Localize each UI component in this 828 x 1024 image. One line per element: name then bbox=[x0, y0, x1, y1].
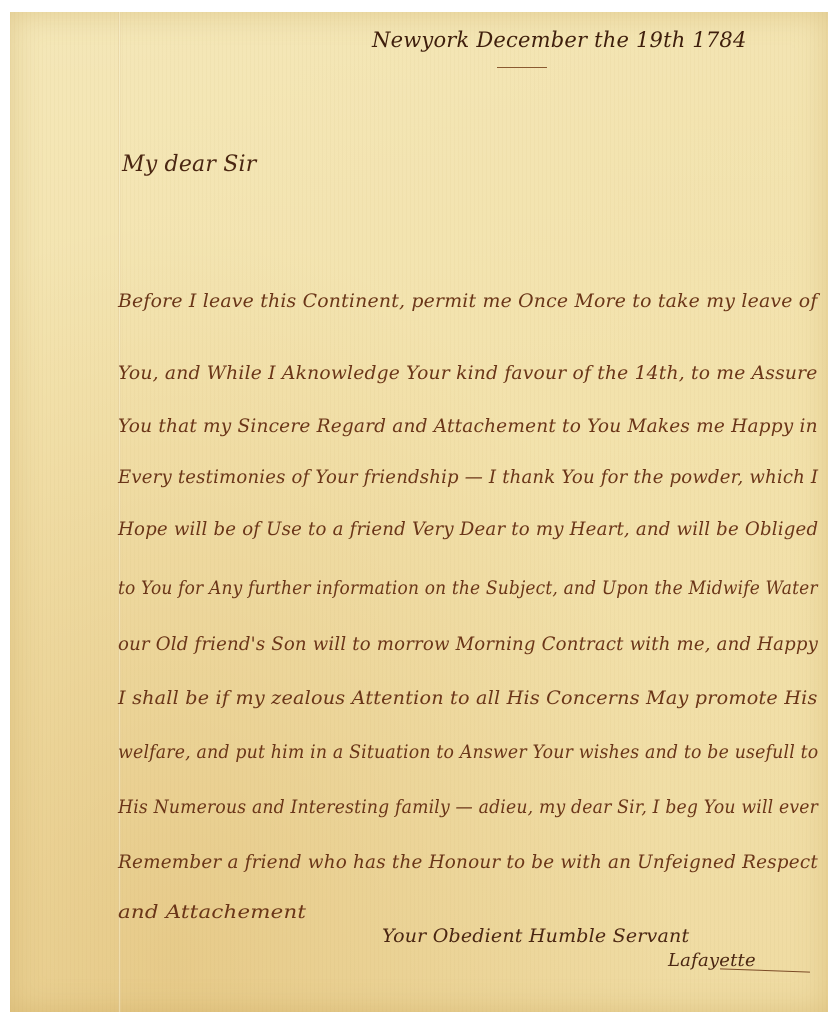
letter-body-line: Remember a friend who has the Honour to … bbox=[118, 852, 818, 873]
letter-body-line: You, and While I Aknowledge Your kind fa… bbox=[118, 363, 818, 384]
letter-body-line: You that my Sincere Regard and Attacheme… bbox=[118, 416, 818, 437]
letter-salutation: My dear Sir bbox=[122, 152, 257, 177]
letter-body-line: our Old friend's Son will to morrow Morn… bbox=[118, 634, 818, 655]
letter-dateline: Newyork December the 19th 1784 bbox=[372, 28, 747, 52]
letter-body-line: and Attachement bbox=[118, 902, 306, 923]
letter-body-line: Hope will be of Use to a friend Very Dea… bbox=[118, 519, 818, 540]
letter-body-line: Every testimonies of Your friendship — I… bbox=[118, 467, 818, 488]
letter-body-line: Before I leave this Continent, permit me… bbox=[118, 291, 818, 312]
dateline-underline bbox=[497, 67, 547, 68]
letter-closing: Your Obedient Humble Servant bbox=[382, 925, 689, 947]
letter-body-line: welfare, and put him in a Situation to A… bbox=[118, 742, 818, 763]
letter-body-line: His Numerous and Interesting family — ad… bbox=[118, 797, 818, 818]
letter-body-line: to You for Any further information on th… bbox=[118, 578, 818, 599]
letter-body-line: I shall be if my zealous Attention to al… bbox=[118, 688, 818, 709]
letter-signature: Lafayette bbox=[668, 950, 756, 971]
